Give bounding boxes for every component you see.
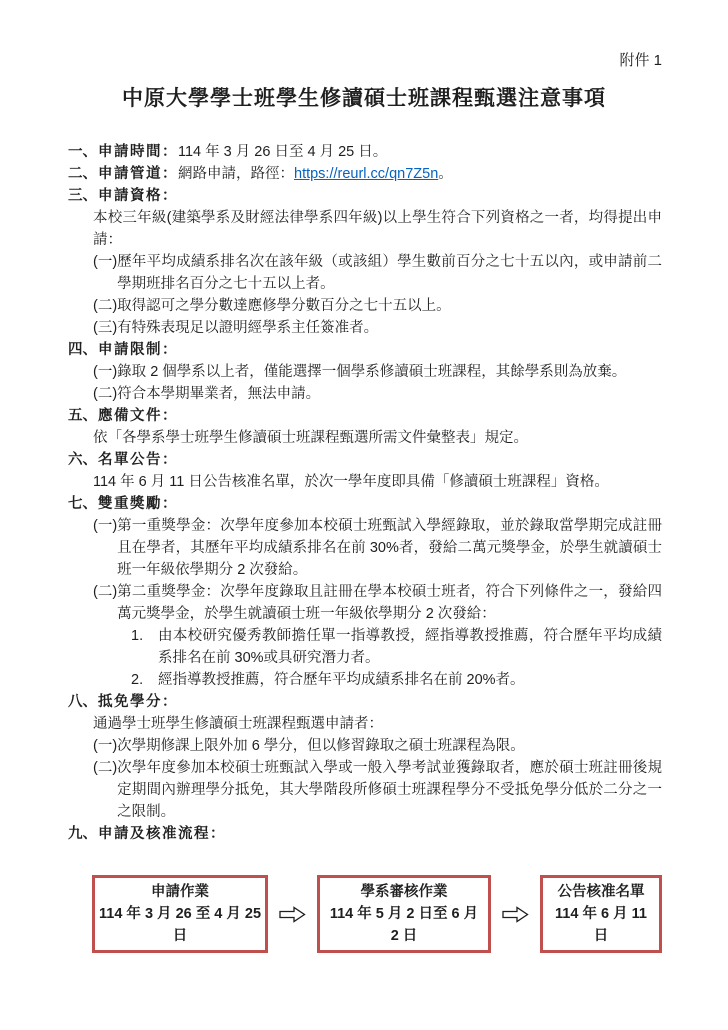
flow-step-title: 申請作業: [99, 881, 261, 903]
attachment-label: 附件 1: [0, 0, 728, 72]
link-prefix-text: 網路申請，路徑：: [178, 166, 294, 182]
section-paragraph: 本校三年級(建築學系及財經法律學系四年級)以上學生符合下列資格之一者，均得提出申…: [93, 207, 662, 251]
item-text: 第一重獎學金：次學年度參加本校碩士班甄試入學經錄取，並於錄取當學期完成註冊且在學…: [117, 515, 662, 581]
section-process-flow: 九、 申請及核准流程：: [68, 823, 662, 845]
flow-step-announce: 公告核准名單 114 年 6 月 11 日: [540, 875, 662, 953]
section-number: 三、: [68, 185, 98, 207]
section-paragraph: 依「各學系學士班學生修讀碩士班課程甄選所需文件彙整表」規定。: [93, 427, 662, 449]
item-text: 錄取 2 個學系以上者，僅能選擇一個學系修讀碩士班課程，其餘學系則為放棄。: [117, 361, 662, 383]
item-text: 次學期修課上限外加 6 學分，但以修習錄取之碩士班課程為限。: [117, 735, 662, 757]
document-page: 附件 1 中原大學學士班學生修讀碩士班課程甄選注意事項 一、 申請時間： 114…: [0, 0, 728, 1030]
item-label: (二): [93, 383, 117, 405]
item-label: (二): [93, 581, 117, 625]
item-label: (一): [93, 251, 117, 295]
section-heading: 名單公告：: [98, 449, 178, 471]
section-eligibility: 三、 申請資格：: [68, 185, 662, 207]
arrow-right-icon: [279, 906, 306, 923]
section-number: 八、: [68, 691, 98, 713]
section-heading: 應備文件：: [98, 405, 178, 427]
section-heading: 申請時間：: [98, 141, 178, 163]
section-text: 網路申請，路徑：https://reurl.cc/qn7Z5n。: [178, 163, 662, 185]
application-url-link[interactable]: https://reurl.cc/qn7Z5n: [294, 166, 438, 182]
section-heading: 雙重獎勵：: [98, 493, 178, 515]
section-announcement: 六、 名單公告：: [68, 449, 662, 471]
item-text: 符合本學期畢業者，無法申請。: [117, 383, 662, 405]
approval-flowchart: 申請作業 114 年 3 月 26 至 4 月 25 日 學系審核作業 114 …: [92, 875, 662, 953]
section-number: 二、: [68, 163, 98, 185]
section-number: 五、: [68, 405, 98, 427]
section-number: 七、: [68, 493, 98, 515]
item-text: 次學年度參加本校碩士班甄試入學或一般入學考試並獲錄取者，應於碩士班註冊後規定期間…: [117, 757, 662, 823]
list-item: (二) 第二重獎學金：次學年度錄取且註冊在學本校碩士班者，符合下列條件之一，發給…: [93, 581, 662, 625]
list-item: (一) 第一重獎學金：次學年度參加本校碩士班甄試入學經錄取，並於錄取當學期完成註…: [93, 515, 662, 581]
section-paragraph: 通過學士班學生修讀碩士班課程甄選申請者：: [93, 713, 662, 735]
section-application-period: 一、 申請時間： 114 年 3 月 26 日至 4 月 25 日。: [68, 141, 662, 163]
section-heading: 申請限制：: [98, 339, 178, 361]
item-label: (二): [93, 295, 117, 317]
section-restrictions: 四、 申請限制：: [68, 339, 662, 361]
list-item: (三) 有特殊表現足以證明經學系主任簽准者。: [93, 317, 662, 339]
section-credit-waiver: 八、 抵免學分：: [68, 691, 662, 713]
section-application-channel: 二、 申請管道： 網路申請，路徑：https://reurl.cc/qn7Z5n…: [68, 163, 662, 185]
flow-step-date: 114 年 6 月 11 日: [547, 903, 655, 947]
numbered-list-item: 2. 經指導教授推薦，符合歷年平均成績系排名在前 20%者。: [131, 669, 662, 691]
flow-step-date: 114 年 3 月 26 至 4 月 25 日: [99, 903, 261, 947]
numbered-item-text: 經指導教授推薦，符合歷年平均成績系排名在前 20%者。: [158, 669, 662, 691]
numbered-item-text: 由本校研究優秀教師擔任單一指導教授，經指導教授推薦，符合歷年平均成績系排名在前 …: [158, 625, 662, 669]
flow-step-date: 114 年 5 月 2 日至 6 月 2 日: [324, 903, 484, 947]
flow-step-review: 學系審核作業 114 年 5 月 2 日至 6 月 2 日: [317, 875, 491, 953]
item-label: (一): [93, 361, 117, 383]
list-item: (二) 取得認可之學分數達應修學分數百分之七十五以上。: [93, 295, 662, 317]
section-heading: 抵免學分：: [98, 691, 178, 713]
section-number: 四、: [68, 339, 98, 361]
item-text: 第二重獎學金：次學年度錄取且註冊在學本校碩士班者，符合下列條件之一，發給四萬元獎…: [117, 581, 662, 625]
section-heading: 申請資格：: [98, 185, 178, 207]
item-text: 取得認可之學分數達應修學分數百分之七十五以上。: [117, 295, 662, 317]
arrow-right-icon: [502, 906, 529, 923]
link-suffix-text: 。: [438, 166, 453, 182]
numbered-list-item: 1. 由本校研究優秀教師擔任單一指導教授，經指導教授推薦，符合歷年平均成績系排名…: [131, 625, 662, 669]
section-number: 一、: [68, 141, 98, 163]
page-title: 中原大學學士班學生修讀碩士班課程甄選注意事項: [0, 84, 728, 114]
section-text: 114 年 3 月 26 日至 4 月 25 日。: [178, 141, 662, 163]
item-label: (二): [93, 757, 117, 823]
numbered-item-label: 2.: [131, 669, 158, 691]
list-item: (一) 錄取 2 個學系以上者，僅能選擇一個學系修讀碩士班課程，其餘學系則為放棄…: [93, 361, 662, 383]
list-item: (一) 歷年平均成績系排名次在該年級（或該組）學生數前百分之七十五以內，或申請前…: [93, 251, 662, 295]
numbered-item-label: 1.: [131, 625, 158, 669]
flow-step-title: 學系審核作業: [324, 881, 484, 903]
section-double-reward: 七、 雙重獎勵：: [68, 493, 662, 515]
list-item: (二) 次學年度參加本校碩士班甄試入學或一般入學考試並獲錄取者，應於碩士班註冊後…: [93, 757, 662, 823]
section-heading: 申請管道：: [98, 163, 178, 185]
flow-step-title: 公告核准名單: [547, 881, 655, 903]
section-required-documents: 五、 應備文件：: [68, 405, 662, 427]
item-label: (三): [93, 317, 117, 339]
section-number: 九、: [68, 823, 98, 845]
document-body: 一、 申請時間： 114 年 3 月 26 日至 4 月 25 日。 二、 申請…: [68, 141, 662, 953]
item-label: (一): [93, 735, 117, 757]
flow-step-application: 申請作業 114 年 3 月 26 至 4 月 25 日: [92, 875, 268, 953]
section-paragraph: 114 年 6 月 11 日公告核准名單，於次一學年度即具備「修讀碩士班課程」資…: [93, 471, 662, 493]
section-heading: 申請及核准流程：: [98, 823, 226, 845]
item-label: (一): [93, 515, 117, 581]
section-number: 六、: [68, 449, 98, 471]
list-item: (一) 次學期修課上限外加 6 學分，但以修習錄取之碩士班課程為限。: [93, 735, 662, 757]
list-item: (二) 符合本學期畢業者，無法申請。: [93, 383, 662, 405]
item-text: 有特殊表現足以證明經學系主任簽准者。: [117, 317, 662, 339]
item-text: 歷年平均成績系排名次在該年級（或該組）學生數前百分之七十五以內，或申請前二學期班…: [117, 251, 662, 295]
